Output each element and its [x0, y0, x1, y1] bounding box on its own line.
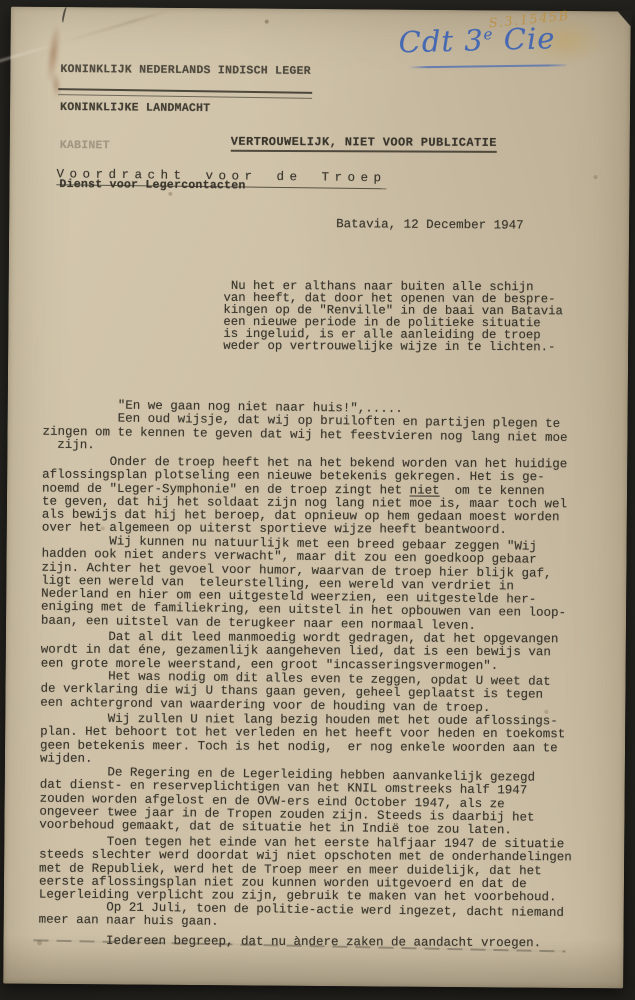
classification-heading: VERTROUWELIJK, NIET VOOR PUBLICATIE [231, 135, 497, 153]
ink-mark [61, 7, 69, 24]
letterhead-line: KONINKLIJKE LANDMACHT [60, 102, 311, 117]
handwritten-text: Cdt 3 [398, 23, 484, 59]
paragraph: Onder de troep heeft het na het bekend w… [42, 455, 607, 537]
paragraph: Wij zullen U niet lang bezig houden met … [40, 713, 605, 769]
paragraph: De Regering en de Legerleiding hebben aa… [39, 765, 605, 838]
paragraph: Op 21 Juli, toen de politie-actie werd i… [39, 901, 604, 934]
paragraph: Dat al dit leed manmoedig wordt gedragen… [41, 630, 606, 673]
photo-backdrop: KONINKLIJK NEDERLANDS INDISCH LEGER KONI… [0, 0, 635, 1000]
handwritten-superscript: e [483, 25, 493, 43]
typed-line: weder op vertrouwelijke wijze in te lich… [223, 341, 563, 354]
intro-paragraph: Nu het er althans naar buiten alle schij… [223, 281, 563, 354]
letterhead-line: KONINKLIJK NEDERLANDS INDISCH LEGER [60, 64, 311, 79]
dateline: Batavia, 12 December 1947 [336, 217, 524, 232]
paper-speckles [11, 7, 13, 9]
handwritten-underline [408, 64, 566, 68]
paragraph: Toen tegen het einde van het eerste half… [39, 835, 604, 904]
handwritten-text: Cie [493, 21, 556, 57]
paper-corner-fold [617, 10, 632, 27]
document-paper: KONINKLIJK NEDERLANDS INDISCH LEGER KONI… [3, 7, 631, 989]
paragraph: "En we gaan nog niet naar huis!",..... E… [42, 399, 608, 459]
letterhead-rule [58, 88, 312, 99]
paragraph: Het was nodig om dit alles even te zegge… [40, 670, 605, 717]
paragraph: Wij kunnen nu natuurlijk met een breed g… [41, 534, 607, 634]
document-body: "En we gaan nog niet naar huis!",..... E… [38, 400, 607, 953]
handwritten-annotation: Cdt 3e Cie [398, 21, 556, 59]
